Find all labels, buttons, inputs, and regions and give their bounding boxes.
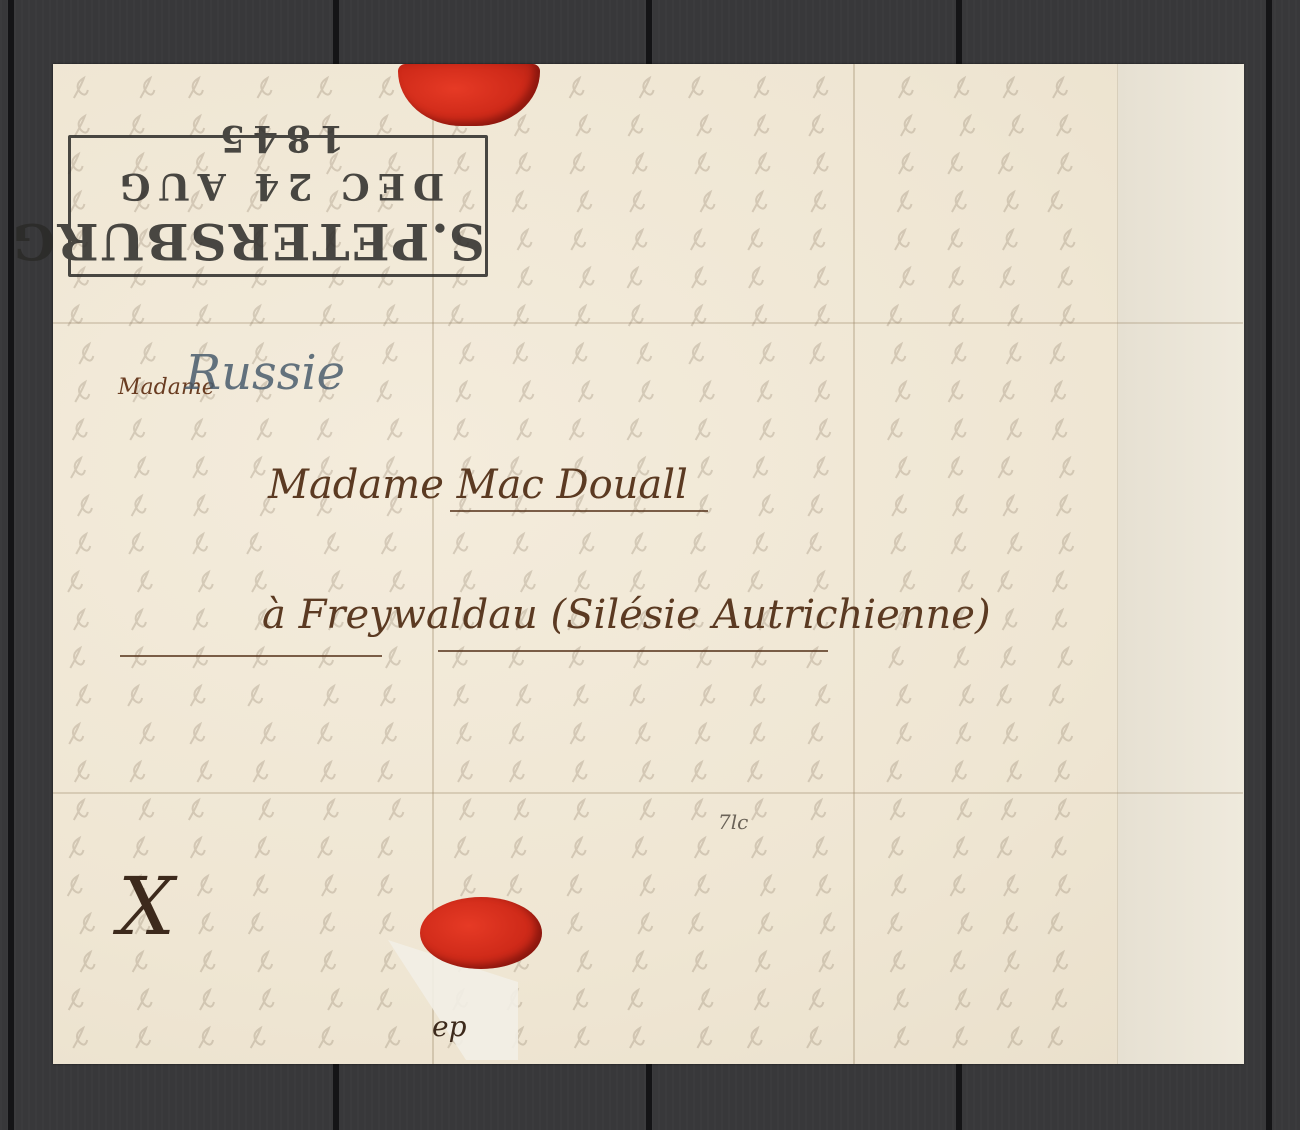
fold-line — [853, 64, 855, 1064]
album-strip — [1266, 0, 1272, 1130]
routing-russie: Russie — [185, 345, 345, 401]
addressee-underline — [450, 510, 708, 512]
wax-seal-bottom — [420, 897, 542, 969]
manuscript-x-mark: X — [118, 860, 175, 953]
addressee-name: Madame Mac Douall — [268, 462, 688, 508]
region-underline — [438, 650, 828, 652]
pencil-note: 7lc — [718, 810, 748, 834]
postmark-city: S.PETERSBURG — [71, 210, 485, 272]
fold-line — [53, 792, 1243, 794]
flap-note: ep — [432, 1010, 467, 1043]
album-strip — [8, 0, 14, 1130]
postmark-date: DEC 24 AUG 1845 — [71, 114, 485, 210]
city-underline — [120, 655, 382, 657]
fold-line — [53, 322, 1243, 324]
postmark-stamp: S.PETERSBURG DEC 24 AUG 1845 — [68, 135, 488, 277]
letter-side-flap — [1117, 64, 1244, 1064]
destination-line: à Freywaldau (Silésie Autrichienne) — [262, 592, 991, 638]
